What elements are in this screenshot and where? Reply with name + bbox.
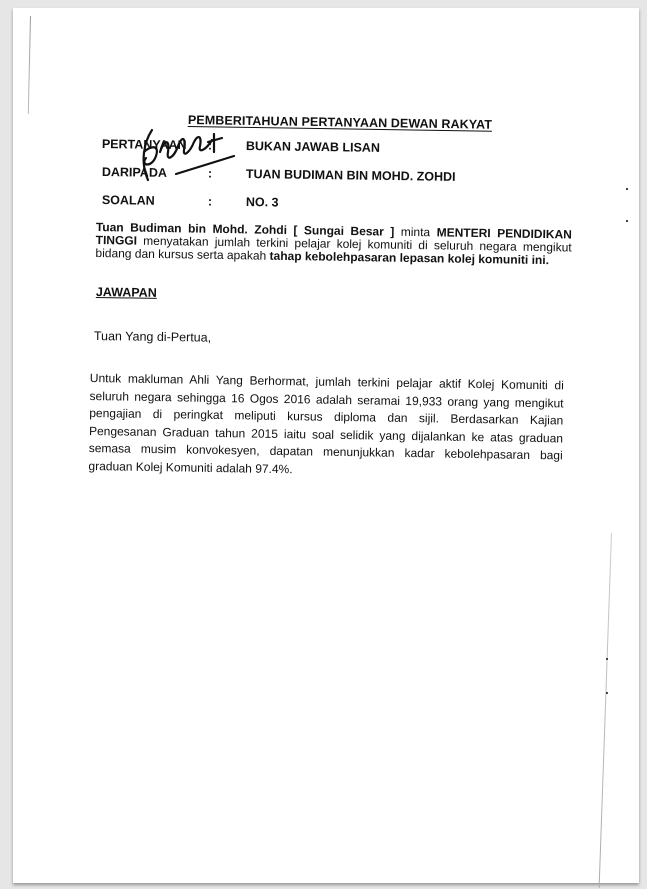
meta-colon: :	[208, 138, 246, 153]
scan-speck	[606, 658, 608, 660]
meta-colon: :	[208, 166, 246, 181]
meta-value: TUAN BUDIMAN BIN MOHD. ZOHDI	[246, 167, 456, 184]
meta-label: SOALAN	[102, 193, 208, 208]
scan-speck	[626, 188, 628, 190]
answer-heading: JAWAPAN	[96, 285, 157, 300]
meta-colon: :	[208, 194, 246, 209]
meta-label: PERTANYAAN	[102, 137, 208, 152]
scan-speck	[626, 220, 628, 222]
question-text: Tuan Budiman bin Mohd. Zohdi [ Sungai Be…	[95, 221, 572, 267]
answer-paragraph: Untuk makluman Ahli Yang Berhormat, juml…	[88, 370, 564, 482]
scan-artifact-line	[599, 533, 612, 888]
meta-value: BUKAN JAWAB LISAN	[246, 139, 380, 155]
meta-label: DARIPADA	[102, 165, 208, 180]
scan-speck	[606, 692, 608, 694]
meta-value: NO. 3	[246, 195, 279, 209]
greeting: Tuan Yang di-Pertua,	[94, 329, 211, 345]
meta-row-soalan: SOALAN:NO. 3	[102, 193, 279, 209]
scan-artifact-line	[28, 16, 31, 114]
